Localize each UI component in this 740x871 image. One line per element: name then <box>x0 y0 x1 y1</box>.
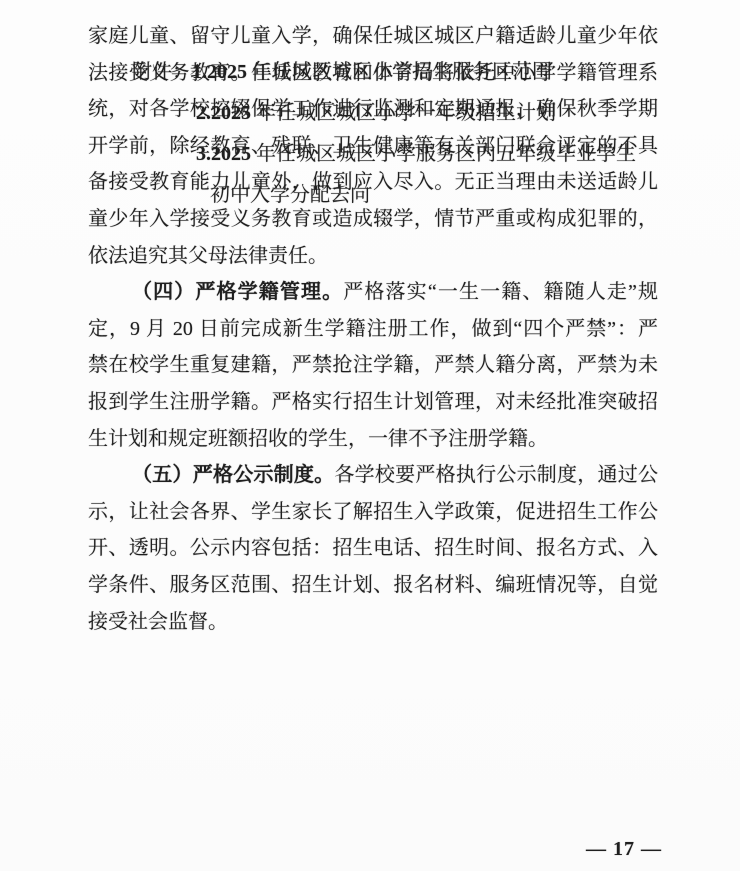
text-line: 学条件、服务区范围、招生计划、报名材料、编班情况等，自觉 <box>88 567 658 604</box>
text-line: （四）严格学籍管理。严格落实“一生一籍、籍随人走”规 <box>88 274 658 311</box>
text-run: 开学前，除经教育、残联、卫生健康等有关部门联合评定的不具 <box>88 135 658 157</box>
text-line: （五）严格公示制度。各学校要严格执行公示制度，通过公 <box>88 457 658 494</box>
text-run: 生计划和规定班额招收的学生，一律不予注册学籍。 <box>88 428 548 450</box>
bold-text-run: （四）严格学籍管理。 <box>132 281 343 303</box>
text-run: 备接受教育能力儿童外，做到应入尽入。无正当理由未送适龄儿 <box>88 171 658 193</box>
text-line: 报到学生注册学籍。严格实行招生计划管理，对未经批准突破招 <box>88 384 658 421</box>
text-run: 家庭儿童、留守儿童入学，确保任城区城区户籍适龄儿童少年依 <box>88 25 658 47</box>
page-number: — 17 — <box>586 838 662 861</box>
text-run: 开、透明。公示内容包括：招生电话、招生时间、报名方式、入 <box>88 537 658 559</box>
text-line: 示，让社会各界、学生家长了解招生入学政策，促进招生工作公 <box>88 494 658 531</box>
paragraph: 家庭儿童、留守儿童入学，确保任城区城区户籍适龄儿童少年依法接受义务教育。任城区教… <box>88 18 658 274</box>
text-line: 统，对各学校控辍保学工作进行监测和定期通报，确保秋季学期 <box>88 91 658 128</box>
text-line: 定，9 月 20 日前完成新生学籍注册工作，做到“四个严禁”：严 <box>88 311 658 348</box>
text-line: 开、透明。公示内容包括：招生电话、招生时间、报名方式、入 <box>88 530 658 567</box>
paragraph: （四）严格学籍管理。严格落实“一生一籍、籍随人走”规定，9 月 20 日前完成新… <box>88 274 658 457</box>
document-body: 家庭儿童、留守儿童入学，确保任城区城区户籍适龄儿童少年依法接受义务教育。任城区教… <box>88 18 658 640</box>
text-line: 备接受教育能力儿童外，做到应入尽入。无正当理由未送适龄儿 <box>88 164 658 201</box>
text-line: 法接受义务教育。任城区教育和体育局将依托中小学学籍管理系 <box>88 55 658 92</box>
text-run: 定，9 月 20 日前完成新生学籍注册工作，做到“四个严禁”：严 <box>88 318 658 340</box>
paragraph: （五）严格公示制度。各学校要严格执行公示制度，通过公示，让社会各界、学生家长了解… <box>88 457 658 640</box>
text-run: 各学校要严格执行公示制度，通过公 <box>334 464 658 486</box>
text-run: 学条件、服务区范围、招生计划、报名材料、编班情况等，自觉 <box>88 574 658 596</box>
text-run: 童少年入学接受义务教育或造成辍学，情节严重或构成犯罪的， <box>88 208 658 230</box>
text-run: 统，对各学校控辍保学工作进行监测和定期通报，确保秋季学期 <box>88 98 658 120</box>
text-line: 童少年入学接受义务教育或造成辍学，情节严重或构成犯罪的， <box>88 201 658 238</box>
text-line: 生计划和规定班额招收的学生，一律不予注册学籍。 <box>88 421 658 458</box>
bold-text-run: （五）严格公示制度。 <box>132 464 334 486</box>
text-run: 严格落实“一生一籍、籍随人走”规 <box>343 281 658 303</box>
text-line: 家庭儿童、留守儿童入学，确保任城区城区户籍适龄儿童少年依 <box>88 18 658 55</box>
text-run: 示，让社会各界、学生家长了解招生入学政策，促进招生工作公 <box>88 501 658 523</box>
text-line: 依法追究其父母法律责任。 <box>88 238 658 275</box>
text-run: 接受社会监督。 <box>88 611 228 633</box>
text-line: 接受社会监督。 <box>88 604 658 641</box>
text-run: 报到学生注册学籍。严格实行招生计划管理，对未经批准突破招 <box>88 391 658 413</box>
text-line: 禁在校学生重复建籍，严禁抢注学籍，严禁人籍分离，严禁为未 <box>88 347 658 384</box>
text-run: 依法追究其父母法律责任。 <box>88 245 328 267</box>
document-page: 家庭儿童、留守儿童入学，确保任城区城区户籍适龄儿童少年依法接受义务教育。任城区教… <box>0 0 740 871</box>
text-run: 禁在校学生重复建籍，严禁抢注学籍，严禁人籍分离，严禁为未 <box>88 354 658 376</box>
text-run: 法接受义务教育。任城区教育和体育局将依托中小学学籍管理系 <box>88 62 658 84</box>
text-line: 开学前，除经教育、残联、卫生健康等有关部门联合评定的不具 <box>88 128 658 165</box>
